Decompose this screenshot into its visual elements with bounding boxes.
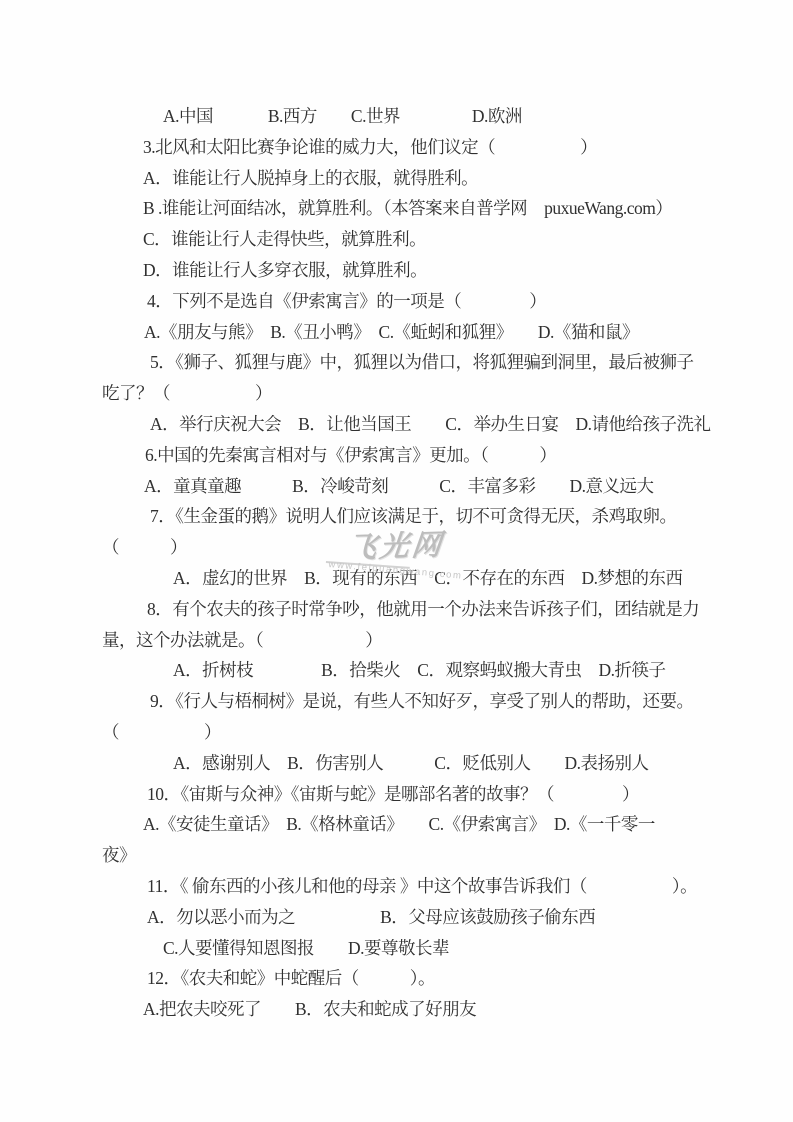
text-line-22: A．感谢别人 B．伤害别人 C．贬低别人 D.表扬别人 [100, 748, 725, 779]
text-line-9: 5．《狮子、狐狸与鹿》中，狐狸以为借口，将狐狸骗到洞里，最后被狮子 [100, 347, 725, 378]
text-line-30: A.把农夫咬死了 B．农夫和蛇成了好朋友 [100, 994, 725, 1025]
text-line-29: 12．《农夫和蛇》中蛇醒后（ ）。 [100, 963, 725, 994]
text-line-25: 夜》 [100, 840, 725, 871]
text-line-23: 10．《宙斯与众神》《宙斯与蛇》是哪部名著的故事？（ ） [100, 779, 725, 810]
text-line-21: （ ） [100, 717, 725, 748]
document-page: A.中国 B.西方 C.世界 D.欧洲3.北风和太阳比赛争论谁的威力大，他们议定… [0, 0, 793, 1122]
text-line-8: A.《朋友与熊》 B.《丑小鸭》 C.《蚯蚓和狐狸》 D.《猫和鼠》 [100, 317, 725, 348]
text-line-7: 4．下列不是选自《伊索寓言》的一项是（ ） [100, 286, 725, 317]
text-line-4: B .谁能让河面结冰，就算胜利。（本答案来自普学网 puxueWang.com） [100, 193, 725, 224]
text-line-18: 量，这个办法就是。（ ） [100, 625, 725, 656]
text-line-6: D．谁能让行人多穿衣服，就算胜利。 [100, 255, 725, 286]
text-line-2: 3.北风和太阳比赛争论谁的威力大，他们议定（ ） [100, 132, 725, 163]
text-line-19: A．折树枝 B．拾柴火 C．观察蚂蚁搬大青虫 D.折筷子 [100, 655, 725, 686]
text-line-11: A．举行庆祝大会 B．让他当国王 C．举办生日宴 D.请他给孩子洗礼 [100, 409, 725, 440]
text-line-17: 8．有个农夫的孩子时常争吵，他就用一个办法来告诉孩子们，团结就是力 [100, 594, 725, 625]
text-line-27: A．勿以恶小而为之 B．父母应该鼓励孩子偷东西 [100, 902, 725, 933]
text-line-14: 7．《生金蛋的鹅》说明人们应该满足于，切不可贪得无厌，杀鸡取卵。 [100, 501, 725, 532]
text-line-26: 11．《 偷东西的小孩儿和他的母亲 》中这个故事告诉我们（ ）。 [100, 871, 725, 902]
text-line-1: A.中国 B.西方 C.世界 D.欧洲 [100, 101, 725, 132]
text-line-10: 吃了？（ ） [100, 378, 725, 409]
document-body: A.中国 B.西方 C.世界 D.欧洲3.北风和太阳比赛争论谁的威力大，他们议定… [100, 101, 725, 1025]
text-line-28: C.人要懂得知恩图报 D.要尊敬长辈 [100, 933, 725, 964]
text-line-15: （ ） [100, 532, 725, 563]
text-line-12: 6.中国的先秦寓言相对与《伊索寓言》更加。（ ） [100, 440, 725, 471]
text-line-5: C．谁能让行人走得快些，就算胜利。 [100, 224, 725, 255]
text-line-16: A．虚幻的世界 B．现有的东西 C．不存在的东西 D.梦想的东西 [100, 563, 725, 594]
text-line-20: 9．《行人与梧桐树》是说，有些人不知好歹，享受了别人的帮助，还要。 [100, 686, 725, 717]
text-line-13: A．童真童趣 B．冷峻苛刻 C．丰富多彩 D.意义远大 [100, 471, 725, 502]
text-line-24: A.《安徒生童话》 B.《格林童话》 C.《伊索寓言》 D.《一千零一 [100, 809, 725, 840]
text-line-3: A．谁能让行人脱掉身上的衣服，就得胜利。 [100, 163, 725, 194]
